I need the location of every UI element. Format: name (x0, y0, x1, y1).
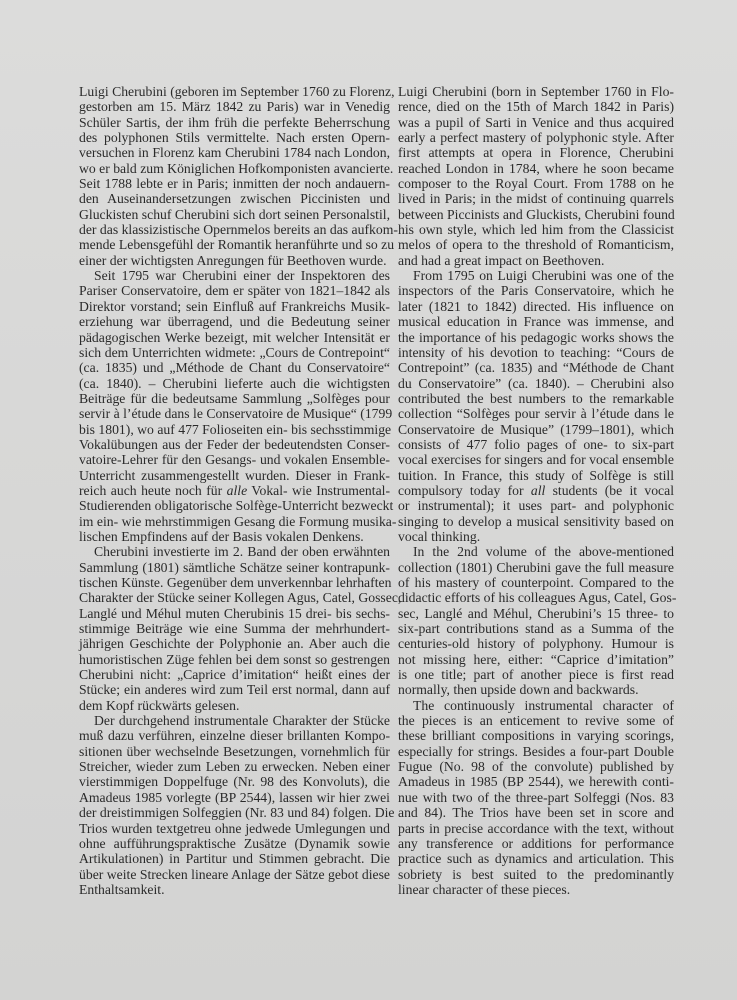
text-line: (ca. 1840). – Cherubini lieferte auch di… (79, 376, 390, 391)
text-line: reich auch heute noch für alle Vokal- wi… (79, 483, 390, 498)
text-line: compulsory today for all students (be it… (398, 483, 674, 498)
text-line: Fugue (No. 98 of the convolute) publishe… (398, 759, 674, 774)
text-line: Streicher, wieder zum Leben zu erwecken.… (79, 759, 390, 774)
text-line: der dreistimmigen Solfeggien (Nr. 83 und… (79, 805, 390, 820)
text-line: Conservatoire de Musique” (1799–1801), w… (398, 422, 674, 437)
text-line: gestorben am 15. März 1842 zu Paris) war… (79, 99, 390, 114)
text-line: Gluckisten schuf Cherubini sich dort sei… (79, 207, 390, 222)
text-line: singing to develop a musical sensitivity… (398, 514, 674, 529)
text-line: Seit 1795 war Cherubini einer der Inspek… (79, 268, 390, 283)
text-line: first attempts at opera in Florence, Che… (398, 145, 674, 160)
text-line: vocal exercises for singers and for voca… (398, 452, 674, 467)
text-line: servir à l’étude dans le Conservatoire d… (79, 406, 390, 421)
text-line: his own style, which led him from the Cl… (398, 222, 674, 237)
text-line: Amadeus 1985 vorlegte (BP 2544), lassen … (79, 790, 390, 805)
text-line: inspectors of the Paris Conservatoire, w… (398, 283, 674, 298)
text-line: des polyphonen Stils vermittelte. Nach e… (79, 130, 390, 145)
text-line: Der durchgehend instrumentale Charakter … (79, 713, 390, 728)
text-line: From 1795 on Luigi Cherubini was one of … (398, 268, 674, 283)
text-line: The continuously instrumental character … (398, 698, 674, 713)
text-line: Vokalübungen aus der Feder der bedeutend… (79, 437, 390, 452)
text-line: (ca. 1835) und „Méthode de Chant du Cons… (79, 360, 390, 375)
text-line: between Piccinists and Gluckists, Cherub… (398, 207, 674, 222)
text-line: Stücke; ein anderes wird zum Teil erst n… (79, 682, 390, 697)
text-line: Pariser Conservatoire, dem er später von… (79, 283, 390, 298)
paragraph: The continuously instrumental character … (398, 698, 674, 897)
text-line: melos of opera to the threshold of Roman… (398, 237, 674, 252)
text-line: or instrumental); it uses part- and poly… (398, 498, 674, 513)
text-line: den Auseinandersetzungen zwischen Piccin… (79, 191, 390, 206)
paragraph: Luigi Cherubini (geboren im September 17… (79, 84, 390, 268)
text-line: einer der wichtigsten Anregungen für Bee… (79, 253, 390, 268)
text-line: and 84). The Trios have been set in scor… (398, 805, 674, 820)
text-line: sec, Langlé and Méhul, Cherubini’s 15 th… (398, 606, 674, 621)
paragraph: Seit 1795 war Cherubini einer der Inspek… (79, 268, 390, 544)
text-line: ohne aufführungspraktische Zusätze (Dyna… (79, 836, 390, 851)
text-line: erziehung war überragend, und die Bedeut… (79, 314, 390, 329)
text-line: was a pupil of Sarti in Venice and thus … (398, 115, 674, 130)
text-line: lived in Paris; in the midst of continui… (398, 191, 674, 206)
text-line: Cherubini investierte im 2. Band der obe… (79, 544, 390, 559)
text-line: practice such as dynamics and articulati… (398, 851, 674, 866)
text-line: pädagogischen Werke bezeigt, mit welcher… (79, 330, 390, 345)
text-line: Unterricht zusammengestellt wurden. Dies… (79, 468, 390, 483)
text-line: collection (1801) Cherubini gave the ful… (398, 560, 674, 575)
text-line: Luigi Cherubini (geboren im September 17… (79, 84, 390, 99)
text-line: and had a great impact on Beethoven. (398, 253, 674, 268)
text-line: parts in precise accordance with the tex… (398, 821, 674, 836)
text-line: early a perfect mastery of polyphonic st… (398, 130, 674, 145)
text-line: Sammlung (1801) sämtliche Schätze seiner… (79, 560, 390, 575)
emphasis: alle (227, 483, 248, 498)
text-line: Langlé und Méhul muten Cherubinis 15 dre… (79, 606, 390, 621)
text-line: especially for strings. Besides a four-p… (398, 744, 674, 759)
text-line: über weite Strecken lineare Anlage der S… (79, 867, 390, 882)
text-line: du Conservatoire” (ca. 1840). – Cherubin… (398, 376, 674, 391)
document-page: Luigi Cherubini (geboren im September 17… (0, 0, 737, 1000)
text-line: collection “Solfèges pour servir à l’étu… (398, 406, 674, 421)
text-line: Trios wurden textgetreu ohne jedwede Uml… (79, 821, 390, 836)
text-line: Cherubini nicht: „Caprice d’imitation“ h… (79, 667, 390, 682)
text-line: Direktor vorstand; sein Einfluß auf Fran… (79, 299, 390, 314)
text-line: composer to the Royal Court. From 1788 o… (398, 176, 674, 191)
text-line: Enthaltsamkeit. (79, 882, 390, 897)
text-line: Seit 1788 lebte er in Paris; inmitten de… (79, 176, 390, 191)
text-line: Luigi Cherubini (born in September 1760 … (398, 84, 674, 99)
text-line: six-part contributions stand as a Summa … (398, 621, 674, 636)
text-line: Amadeus in 1985 (BP 2544), we herewith c… (398, 774, 674, 789)
text-line: linear character of these pieces. (398, 882, 674, 897)
text-line: not missing here, either: “Caprice d’imi… (398, 652, 674, 667)
text-line: consists of 477 folio pages of one- to s… (398, 437, 674, 452)
text-line: later (1821 to 1842) directed. His influ… (398, 299, 674, 314)
text-line: sitionen über wechselnde Besetzungen, vo… (79, 744, 390, 759)
text-line: these brilliant compositions in varying … (398, 728, 674, 743)
text-line: musical education in France was immense,… (398, 314, 674, 329)
text-line: Schüler Sartis, der ihm früh die perfekt… (79, 115, 390, 130)
text-line: bis 1801), wo auf 477 Folioseiten ein- b… (79, 422, 390, 437)
text-line: the pieces is an enticement to revive so… (398, 713, 674, 728)
text-line: vatoire-Lehrer für den Gesangs- und voka… (79, 452, 390, 467)
text-line: is one title; part of another piece is f… (398, 667, 674, 682)
text-line: wo er bald zum Königlichen Hofkomponiste… (79, 161, 390, 176)
text-line: sobriety is best suited to the predomina… (398, 867, 674, 882)
text-line: versuchen in Florenz kam Cherubini 1784 … (79, 145, 390, 160)
english-text-column: Luigi Cherubini (born in September 1760 … (398, 84, 674, 897)
text-line: nue with two of the three-part Solfeggi … (398, 790, 674, 805)
text-line: intensity of his devotion to teaching: “… (398, 345, 674, 360)
paragraph: Cherubini investierte im 2. Band der obe… (79, 544, 390, 713)
paragraph: Luigi Cherubini (born in September 1760 … (398, 84, 674, 268)
text-line: Artikulationen) in Partitur und Stimmen … (79, 851, 390, 866)
text-line: dem Kopf rückwärts gelesen. (79, 698, 390, 713)
text-line: Studierenden obligatorische Solfège-Unte… (79, 498, 390, 513)
text-line: the importance of his pedagogic works sh… (398, 330, 674, 345)
text-line: contributed the best numbers to the rema… (398, 391, 674, 406)
text-line: stimmige Beiträge wie eine Summa der meh… (79, 621, 390, 636)
text-line: der das klassizistische Opernmelos berei… (79, 222, 390, 237)
text-line: tuition. In France, this study of Solfèg… (398, 468, 674, 483)
text-line: im ein- wie mehrstimmigen Gesang die For… (79, 514, 390, 529)
text-line: vocal thinking. (398, 529, 674, 544)
text-line: lischen Empfindens auf der Basis vokalen… (79, 529, 390, 544)
text-line: reached London in 1784, where he soon be… (398, 161, 674, 176)
text-line: Beiträge für die bedeutsame Sammlung „So… (79, 391, 390, 406)
text-line: centuries-old history of polyphony. Humo… (398, 636, 674, 651)
text-line: jährigen Geschichte der Polyphonie an. A… (79, 636, 390, 651)
text-line: rence, died on the 15th of March 1842 in… (398, 99, 674, 114)
emphasis: all (531, 483, 545, 498)
text-line: mende Lebensgefühl der Romantik heranfüh… (79, 237, 390, 252)
text-line: tischen Künste. Gegenüber dem unverkennb… (79, 575, 390, 590)
text-line: In the 2nd volume of the above-mentioned (398, 544, 674, 559)
text-line: didactic efforts of his colleagues Agus,… (398, 590, 674, 605)
text-line: humoristischen Züge fehlen bei dem sonst… (79, 652, 390, 667)
paragraph: In the 2nd volume of the above-mentioned… (398, 544, 674, 697)
paragraph: Der durchgehend instrumentale Charakter … (79, 713, 390, 897)
text-line: Contrepoint” (ca. 1835) and “Méthode de … (398, 360, 674, 375)
text-line: sich dem Unterrichten widmete: „Cours de… (79, 345, 390, 360)
text-line: normally, then upside down and backwards… (398, 682, 674, 697)
paragraph: From 1795 on Luigi Cherubini was one of … (398, 268, 674, 544)
text-line: Charakter der Stücke seiner Kollegen Agu… (79, 590, 390, 605)
text-line: of his mastery of counterpoint. Compared… (398, 575, 674, 590)
text-line: any transference or additions for perfor… (398, 836, 674, 851)
text-line: muß dazu verführen, einzelne dieser bril… (79, 728, 390, 743)
german-text-column: Luigi Cherubini (geboren im September 17… (79, 84, 390, 897)
text-line: vierstimmigen Doppelfuge (Nr. 98 des Kon… (79, 774, 390, 789)
